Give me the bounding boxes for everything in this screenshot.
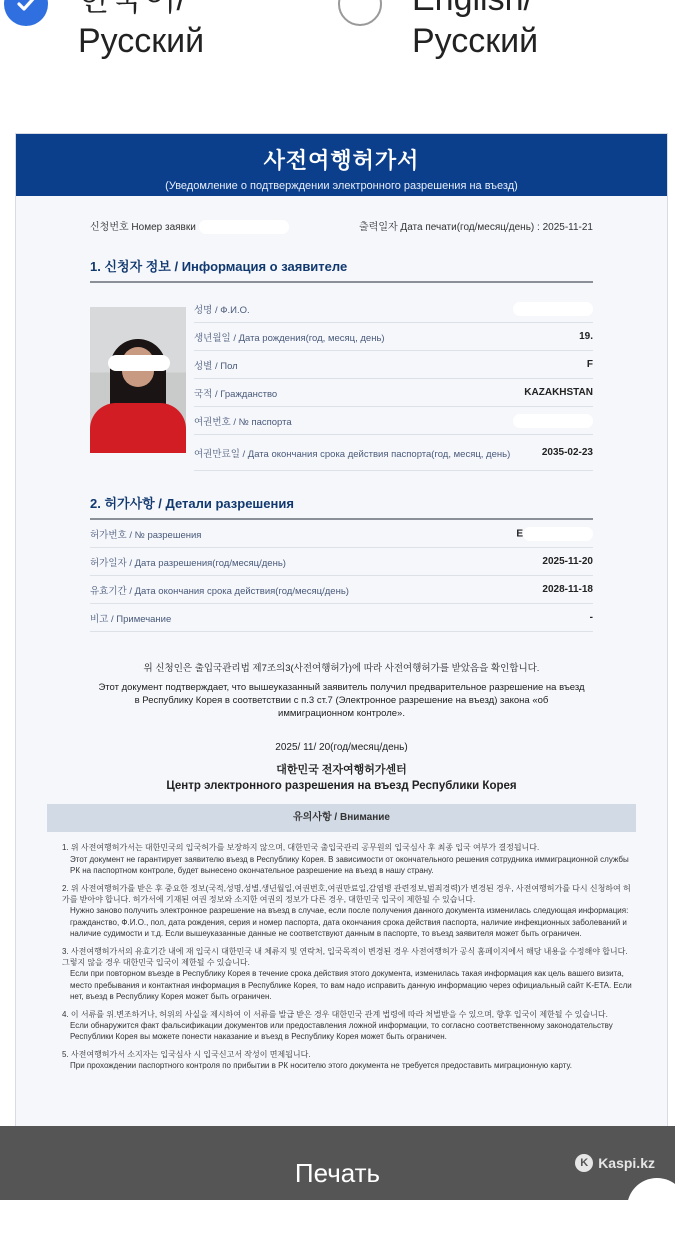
notice-heading: 유의사항 / Внимание [47,804,636,832]
document-subtitle: (Уведомление о подтверждении электронног… [16,180,667,192]
document-meta: 신청번호 Номер заявки 출력일자 Дата печати(год/м… [16,218,667,234]
confirmation-ko: 위 신청인은 출입국관리법 제7조의3(사전여행허가)에 따라 사전여행허가를 … [96,662,587,675]
confirmation-ru: Этот документ подтверждает, что вышеуказ… [96,681,587,720]
applicant-rows: 성명 / Ф.И.О. 생년월일 / Дата рождения(год, ме… [194,295,593,471]
eta-document: 사전여행허가서 (Уведомление о подтверждении эле… [15,133,668,1133]
application-number: 신청번호 Номер заявки [90,218,289,234]
document-banner: 사전여행허가서 (Уведомление о подтверждении эле… [16,134,667,196]
permit-details: 허가번호 / № разрешенияE 허가일자 / Дата разреше… [90,520,593,632]
applicant-row-sex: 성별 / ПолF [194,351,593,379]
document-title: 사전여행허가서 [16,144,667,175]
language-selector: 한국어/ Русский English/ Русский [0,0,675,68]
applicant-row-dob: 생년월일 / Дата рождения(год, месяц, день)19… [194,323,593,351]
applicant-row-citizenship: 국적 / ГражданствоKAZAKHSTAN [194,379,593,407]
notice-item: 1. 위 사전여행허가서는 대한민국의 입국허가를 보장하지 않으며, 대한민국… [62,842,636,876]
redacted-application-number [199,220,289,234]
print-button[interactable]: Печать [0,1158,675,1189]
applicant-row-passport-expiry: 여권만료일 / Дата окончания срока действия па… [194,435,593,471]
permit-row-remark: 비고 / Примечание- [90,604,593,632]
permit-row-number: 허가번호 / № разрешенияE [90,520,593,548]
face-redaction [108,355,170,371]
language-option-korean-russian[interactable]: 한국어/ Русский [4,0,308,62]
confirmation-text: 위 신청인은 출입국관리법 제7조의3(사전여행허가)에 따라 사전여행허가를 … [16,662,667,720]
notice-item: 3. 사전여행허가서의 유효기간 내에 재 입국시 대한민국 내 체류지 및 연… [62,946,636,1003]
applicant-row-passport-number: 여권번호 / № паспорта [194,407,593,435]
applicant-photo [90,307,186,453]
redacted-name [513,302,593,316]
language-option-label: English/ Русский [412,0,642,62]
applicant-row-name: 성명 / Ф.И.О. [194,295,593,323]
redacted-passport-number [513,414,593,428]
kaspi-watermark: K Kaspi.kz [575,1154,655,1172]
notice-list: 1. 위 사전여행허가서는 대한민국의 입국허가를 보장하지 않으며, 대한민국… [62,842,636,1071]
notice-item: 4. 이 서류를 위.변조하거나, 허위의 사실을 제시하여 이 서류를 발급 … [62,1009,636,1043]
radio-checked-icon [4,0,48,26]
notice-item: 5. 사전여행허가서 소지자는 입국심사 시 입국신고서 작성이 면제됩니다.П… [62,1049,636,1072]
radio-unchecked-icon [338,0,382,26]
permit-row-date: 허가일자 / Дата разрешения(год/месяц/день)20… [90,548,593,576]
issuer-block: 2025/ 11/ 20(год/месяц/день) 대한민국 전자여행허가… [16,742,667,792]
bottom-action-bar: Печать K Kaspi.kz [0,1126,675,1200]
kaspi-logo-icon: K [575,1154,593,1172]
redacted-permit-number [523,527,593,541]
section-applicant-heading: 1. 신청자 정보 / Информация о заявителе [90,256,593,283]
permit-row-validity: 유효기간 / Дата окончания срока действия(год… [90,576,593,604]
section-permit-heading: 2. 허가사항 / Детали разрешения [90,493,593,520]
issuer-ru: Центр электронного разрешения на въезд Р… [16,780,667,792]
notice-item: 2. 위 사전여행허가를 받은 후 중요한 정보(국적,성명,성별,생년월일,여… [62,883,636,940]
language-option-english-russian[interactable]: English/ Русский [338,0,642,62]
applicant-info: 성명 / Ф.И.О. 생년월일 / Дата рождения(год, ме… [90,295,593,471]
print-date: 출력일자 Дата печати(год/месяц/день) : 2025-… [359,218,593,234]
issue-date: 2025/ 11/ 20(год/месяц/день) [16,742,667,753]
language-option-label: 한국어/ Русский [78,0,308,62]
issuer-ko: 대한민국 전자여행허가센터 [16,761,667,777]
